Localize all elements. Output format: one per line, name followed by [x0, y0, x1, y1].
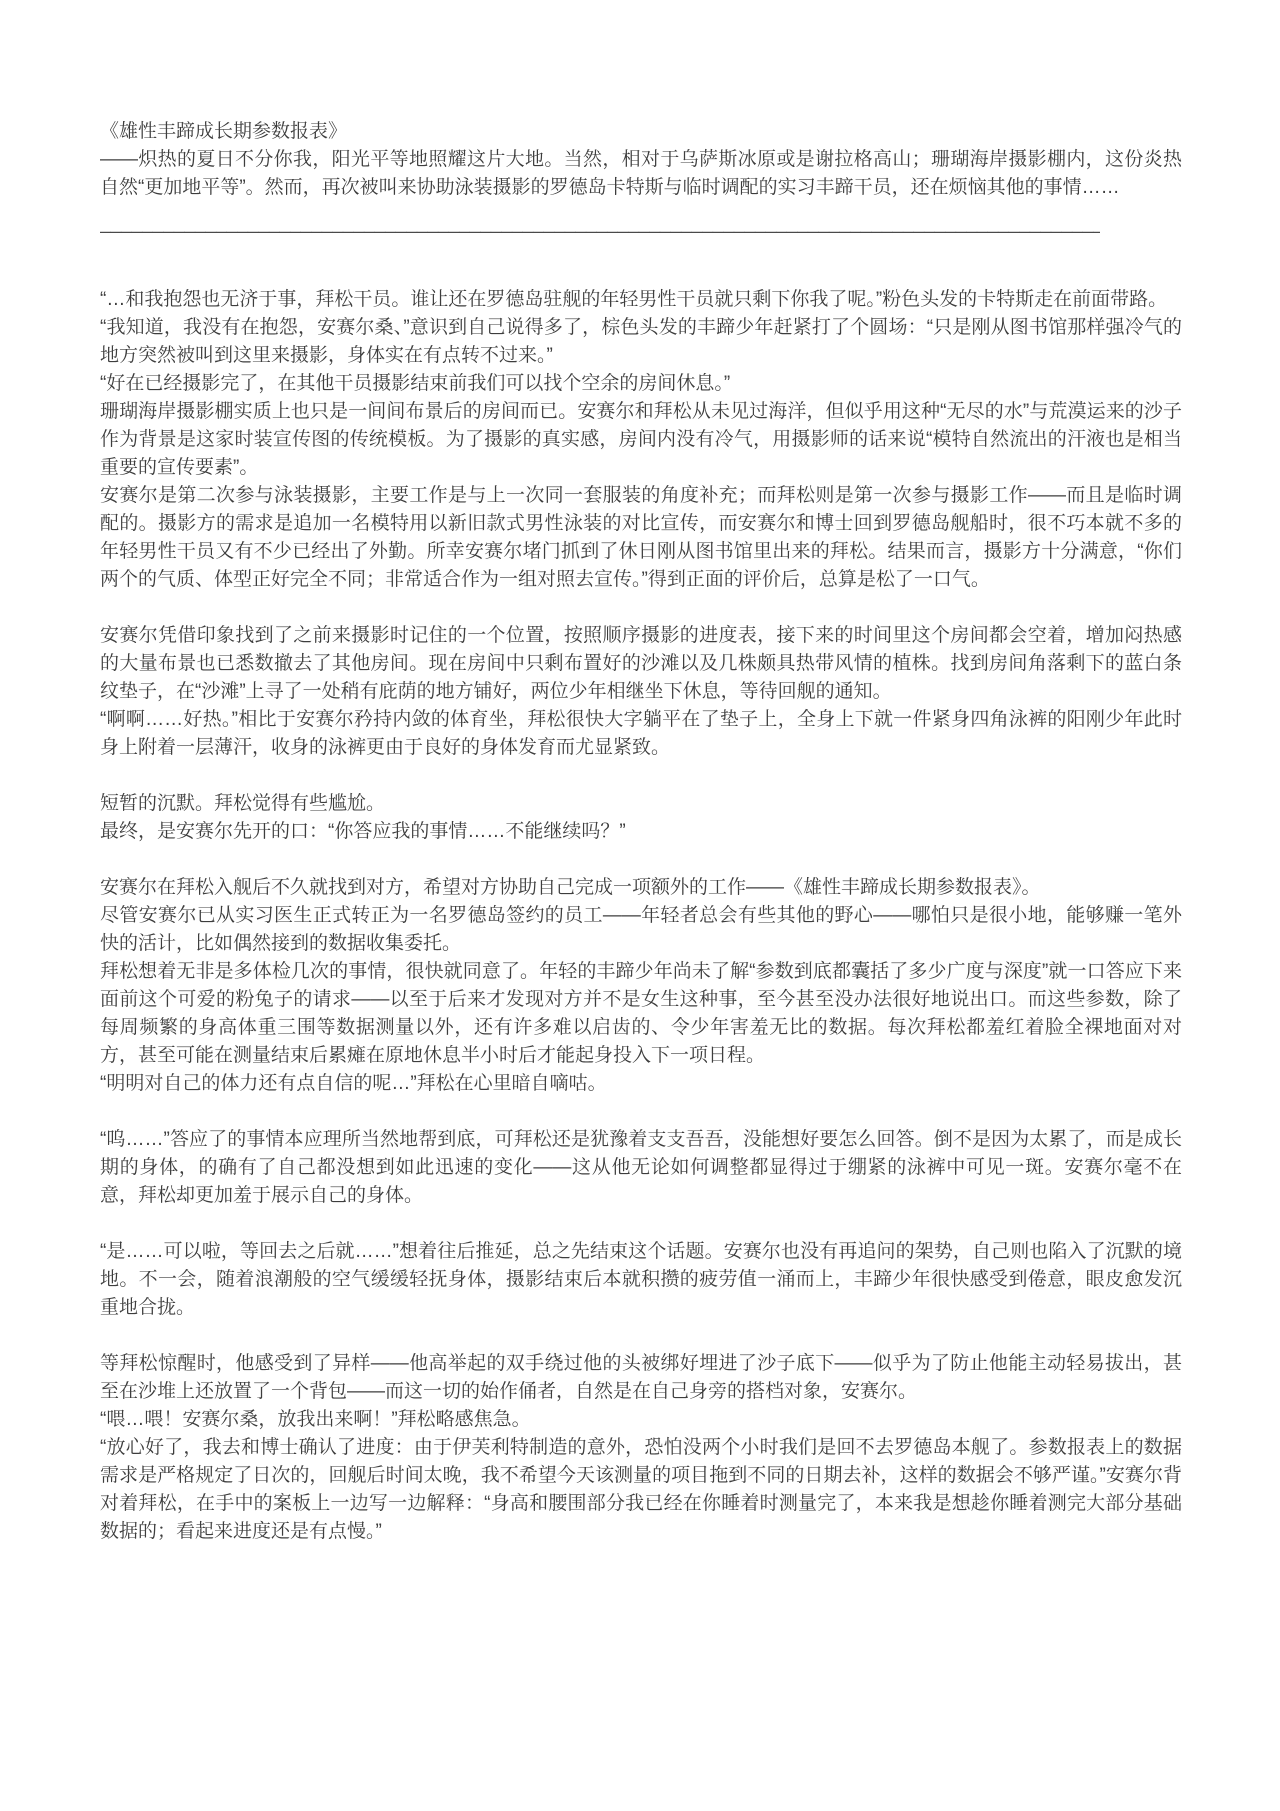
story-paragraph: “啊啊……好热。”相比于安赛尔矜持内敛的体育坐，拜松很快大字躺平在了垫子上，全身…: [100, 706, 1182, 762]
story-paragraph: 珊瑚海岸摄影棚实质上也只是一间间布景后的房间而已。安赛尔和拜松从未见过海洋，但似…: [100, 398, 1182, 482]
story-paragraph: “是……可以啦，等回去之后就……”想着往后推延，总之先结束这个话题。安赛尔也没有…: [100, 1238, 1182, 1322]
story-paragraph: 短暂的沉默。拜松觉得有些尴尬。: [100, 790, 1182, 818]
story-paragraph: 安赛尔凭借印象找到了之前来摄影时记住的一个位置，按照顺序摄影的进度表，接下来的时…: [100, 622, 1182, 706]
story-paragraph: 最终，是安赛尔先开的口：“你答应我的事情……不能继续吗？”: [100, 818, 1182, 846]
story-paragraph: “好在已经摄影完了，在其他干员摄影结束前我们可以找个空余的房间休息。”: [100, 370, 1182, 398]
story-title: 《雄性丰蹄成长期参数报表》: [100, 118, 1182, 146]
document-page: 《雄性丰蹄成长期参数报表》 ——炽热的夏日不分你我，阳光平等地照耀这片大地。当然…: [0, 0, 1280, 1811]
story-paragraph: 等拜松惊醒时，他感受到了异样——他高举起的双手绕过他的头被绑好埋进了沙子底下——…: [100, 1350, 1182, 1406]
story-paragraph: 安赛尔是第二次参与泳装摄影，主要工作是与上一次同一套服装的角度补充；而拜松则是第…: [100, 482, 1182, 594]
story-intro: ——炽热的夏日不分你我，阳光平等地照耀这片大地。当然，相对于乌萨斯冰原或是谢拉格…: [100, 146, 1182, 202]
story-paragraph: “明明对自己的体力还有点自信的呢…”拜松在心里暗自嘀咕。: [100, 1070, 1182, 1098]
story-paragraph: 尽管安赛尔已从实习医生正式转正为一名罗德岛签约的员工——年轻者总会有些其他的野心…: [100, 902, 1182, 958]
section-divider: ________________________________________…: [100, 210, 1100, 238]
story-paragraph: “呜……”答应了的事情本应理所当然地帮到底，可拜松还是犹豫着支支吾吾，没能想好要…: [100, 1126, 1182, 1210]
story-paragraph: “喂…喂！安赛尔桑，放我出来啊！”拜松略感焦急。: [100, 1406, 1182, 1434]
story-paragraph: 拜松想着无非是多体检几次的事情，很快就同意了。年轻的丰蹄少年尚未了解“参数到底都…: [100, 958, 1182, 1070]
story-body: “…和我抱怨也无济于事，拜松干员。谁让还在罗德岛驻舰的年轻男性干员就只剩下你我了…: [100, 286, 1182, 1546]
story-paragraph: “…和我抱怨也无济于事，拜松干员。谁让还在罗德岛驻舰的年轻男性干员就只剩下你我了…: [100, 286, 1182, 314]
story-paragraph: “我知道，我没有在抱怨，安赛尔桑、”意识到自己说得多了，棕色头发的丰蹄少年赶紧打…: [100, 314, 1182, 370]
story-paragraph: “放心好了，我去和博士确认了进度：由于伊芙利特制造的意外，恐怕没两个小时我们是回…: [100, 1434, 1182, 1546]
story-paragraph: 安赛尔在拜松入舰后不久就找到对方，希望对方协助自己完成一项额外的工作——《雄性丰…: [100, 874, 1182, 902]
